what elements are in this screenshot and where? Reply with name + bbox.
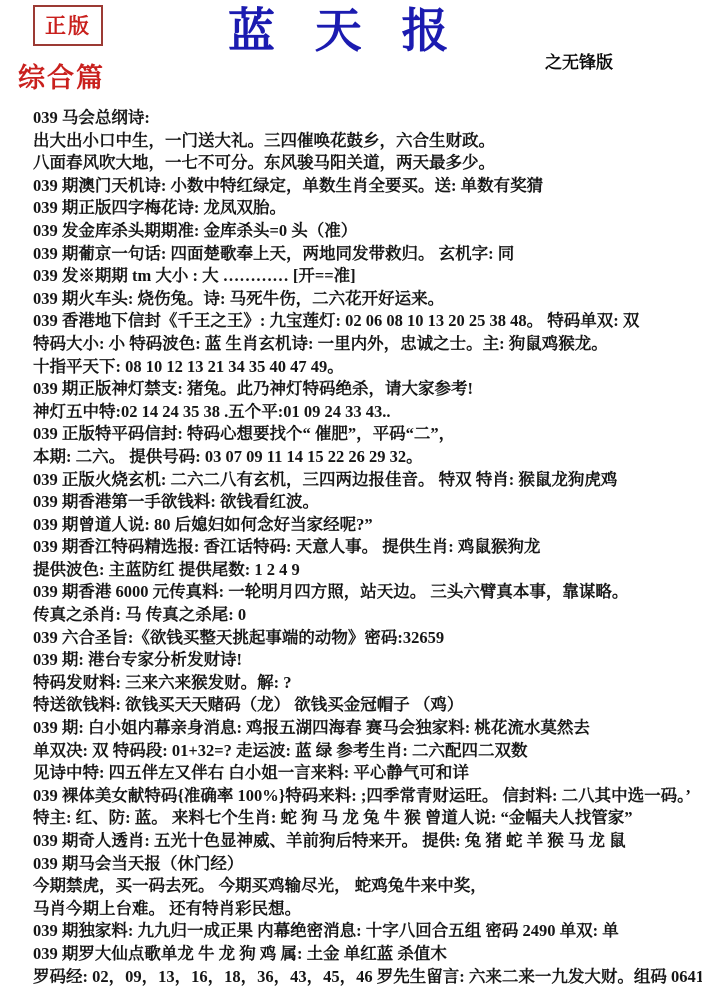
text-line: 039 期火车头: 烧伤兔。诗: 马死牛伤，二六花开好运来。 (33, 288, 696, 311)
text-line: 八面春风吹大地，一七不可分。东风骏马阳关道，两天最多少。 (33, 152, 696, 175)
text-line: 039 期正版神灯禁支: 猪兔。此乃神灯特码绝杀，请大家参考! (33, 378, 696, 401)
text-line: 039 期: 港台专家分析发财诗! (33, 649, 696, 672)
text-line: 039 期正版四字梅花诗: 龙凤双胎。 (33, 197, 696, 220)
text-line: 本期: 二六。 提供号码: 03 07 09 11 14 15 22 26 29… (33, 446, 696, 469)
text-line: 见诗中特: 四五伴左又伴右 白小姐一言来料: 平心静气可和详 (33, 762, 696, 785)
text-line: 神灯五中特:02 14 24 35 38 .五个平:01 09 24 33 43… (33, 401, 696, 424)
text-line: 特码发财料: 三来六来猴发财。解: ? (33, 672, 696, 695)
text-line: 039 期: 白小姐内幕亲身消息: 鸡报五湖四海春 赛马会独家料: 桃花流水莫然… (33, 717, 696, 740)
text-line: 提供波色: 主蓝防红 提供尾数: 1 2 4 9 (33, 559, 696, 582)
genuine-stamp: 正版 (33, 5, 103, 46)
text-line: 039 发※期期 tm 大小 : 大 ………… [开==准] (33, 265, 696, 288)
genuine-stamp-label: 正版 (45, 14, 91, 38)
edition-label: 之无锋版 (545, 48, 613, 73)
text-line: 039 期香港第一手欲钱料: 欲钱看红波。 (33, 491, 696, 514)
newspaper-sheet: 正版 蓝 天 报 之无锋版 综合篇 039 马会总纲诗:出大出小口中生，一门送大… (0, 0, 702, 1007)
text-line: 039 马会总纲诗: (33, 107, 696, 130)
text-line: 单双决: 双 特码段: 01+32=? 走运波: 蓝 绿 参考生肖: 二六配四二… (33, 740, 696, 763)
text-line: 039 期独家料: 九九归一成正果 内幕绝密消息: 十字八回合五组 密码 249… (33, 920, 696, 943)
text-line: 039 发金库杀头期期准: 金库杀头=0 头（准） (33, 220, 696, 243)
text-line: 039 期葡京一句话: 四面楚歌奉上天，两地同发带救归。 玄机字: 同 (33, 243, 696, 266)
content-lines: 039 马会总纲诗:出大出小口中生，一门送大礼。三四催唤花鼓乡，六合生财政。八面… (33, 107, 696, 988)
text-line: 罗码经: 02，09，13，16，18，36，43，45，46 罗先生留言: 六… (33, 966, 696, 989)
section-title: 综合篇 (18, 56, 105, 95)
text-line: 039 期曾道人说: 80 后媳妇如何念好当家经呢?” (33, 514, 696, 537)
text-line: 出大出小口中生，一门送大礼。三四催唤花鼓乡，六合生财政。 (33, 130, 696, 153)
text-line: 传真之杀肖: 马 传真之杀尾: 0 (33, 604, 696, 627)
text-line: 039 期香江特码精选报: 香江话特码: 天意人事。 提供生肖: 鸡鼠猴狗龙 (33, 536, 696, 559)
text-line: 039 期澳门天机诗: 小数中特红绿定，单数生肖全要买。送: 单数有奖猜 (33, 175, 696, 198)
page-title: 蓝 天 报 (228, 0, 463, 61)
text-line: 039 香港地下信封《千王之王》: 九宝莲灯: 02 06 08 10 13 2… (33, 310, 696, 333)
text-line: 039 正版火烧玄机: 二六二八有玄机，三四两边报佳音。 特双 特肖: 猴鼠龙狗… (33, 469, 696, 492)
text-line: 039 六合圣旨:《欲钱买整天挑起事端的动物》密码:32659 (33, 627, 696, 650)
text-line: 039 期香港 6000 元传真料: 一轮明月四方照，站天边。 三头六臂真本事，… (33, 581, 696, 604)
text-line: 039 期马会当天报（休门经） (33, 853, 696, 876)
text-line: 马肖今期上台难。 还有特肖彩民想。 (33, 898, 696, 921)
text-line: 039 期奇人透肖: 五光十色显神威、羊前狗后特来开。 提供: 兔 猪 蛇 羊 … (33, 830, 696, 853)
text-line: 039 裸体美女献特码{准确率 100%}特码来料: ;四季常青财运旺。 信封料… (33, 785, 696, 808)
text-line: 特送欲钱料: 欲钱买天天赌码（龙） 欲钱买金冠帽子 （鸡） (33, 694, 696, 717)
text-line: 今期禁虎，买一码去死。 今期买鸡输尽光， 蛇鸡兔牛来中奖， (33, 875, 696, 898)
text-line: 特主: 红、防: 蓝。 来料七个生肖: 蛇 狗 马 龙 兔 牛 猴 曾道人说: … (33, 807, 696, 830)
text-line: 039 正版特平码信封: 特码心想要找个“ 催肥”，平码“二”， (33, 423, 696, 446)
text-line: 039 期罗大仙点歌单龙 牛 龙 狗 鸡 属: 土金 单红蓝 杀值木 (33, 943, 696, 966)
text-line: 十指平天下: 08 10 12 13 21 34 35 40 47 49。 (33, 356, 696, 379)
text-line: 特码大小: 小 特码波色: 蓝 生肖玄机诗: 一里内外，忠诚之士。主: 狗鼠鸡猴… (33, 333, 696, 356)
